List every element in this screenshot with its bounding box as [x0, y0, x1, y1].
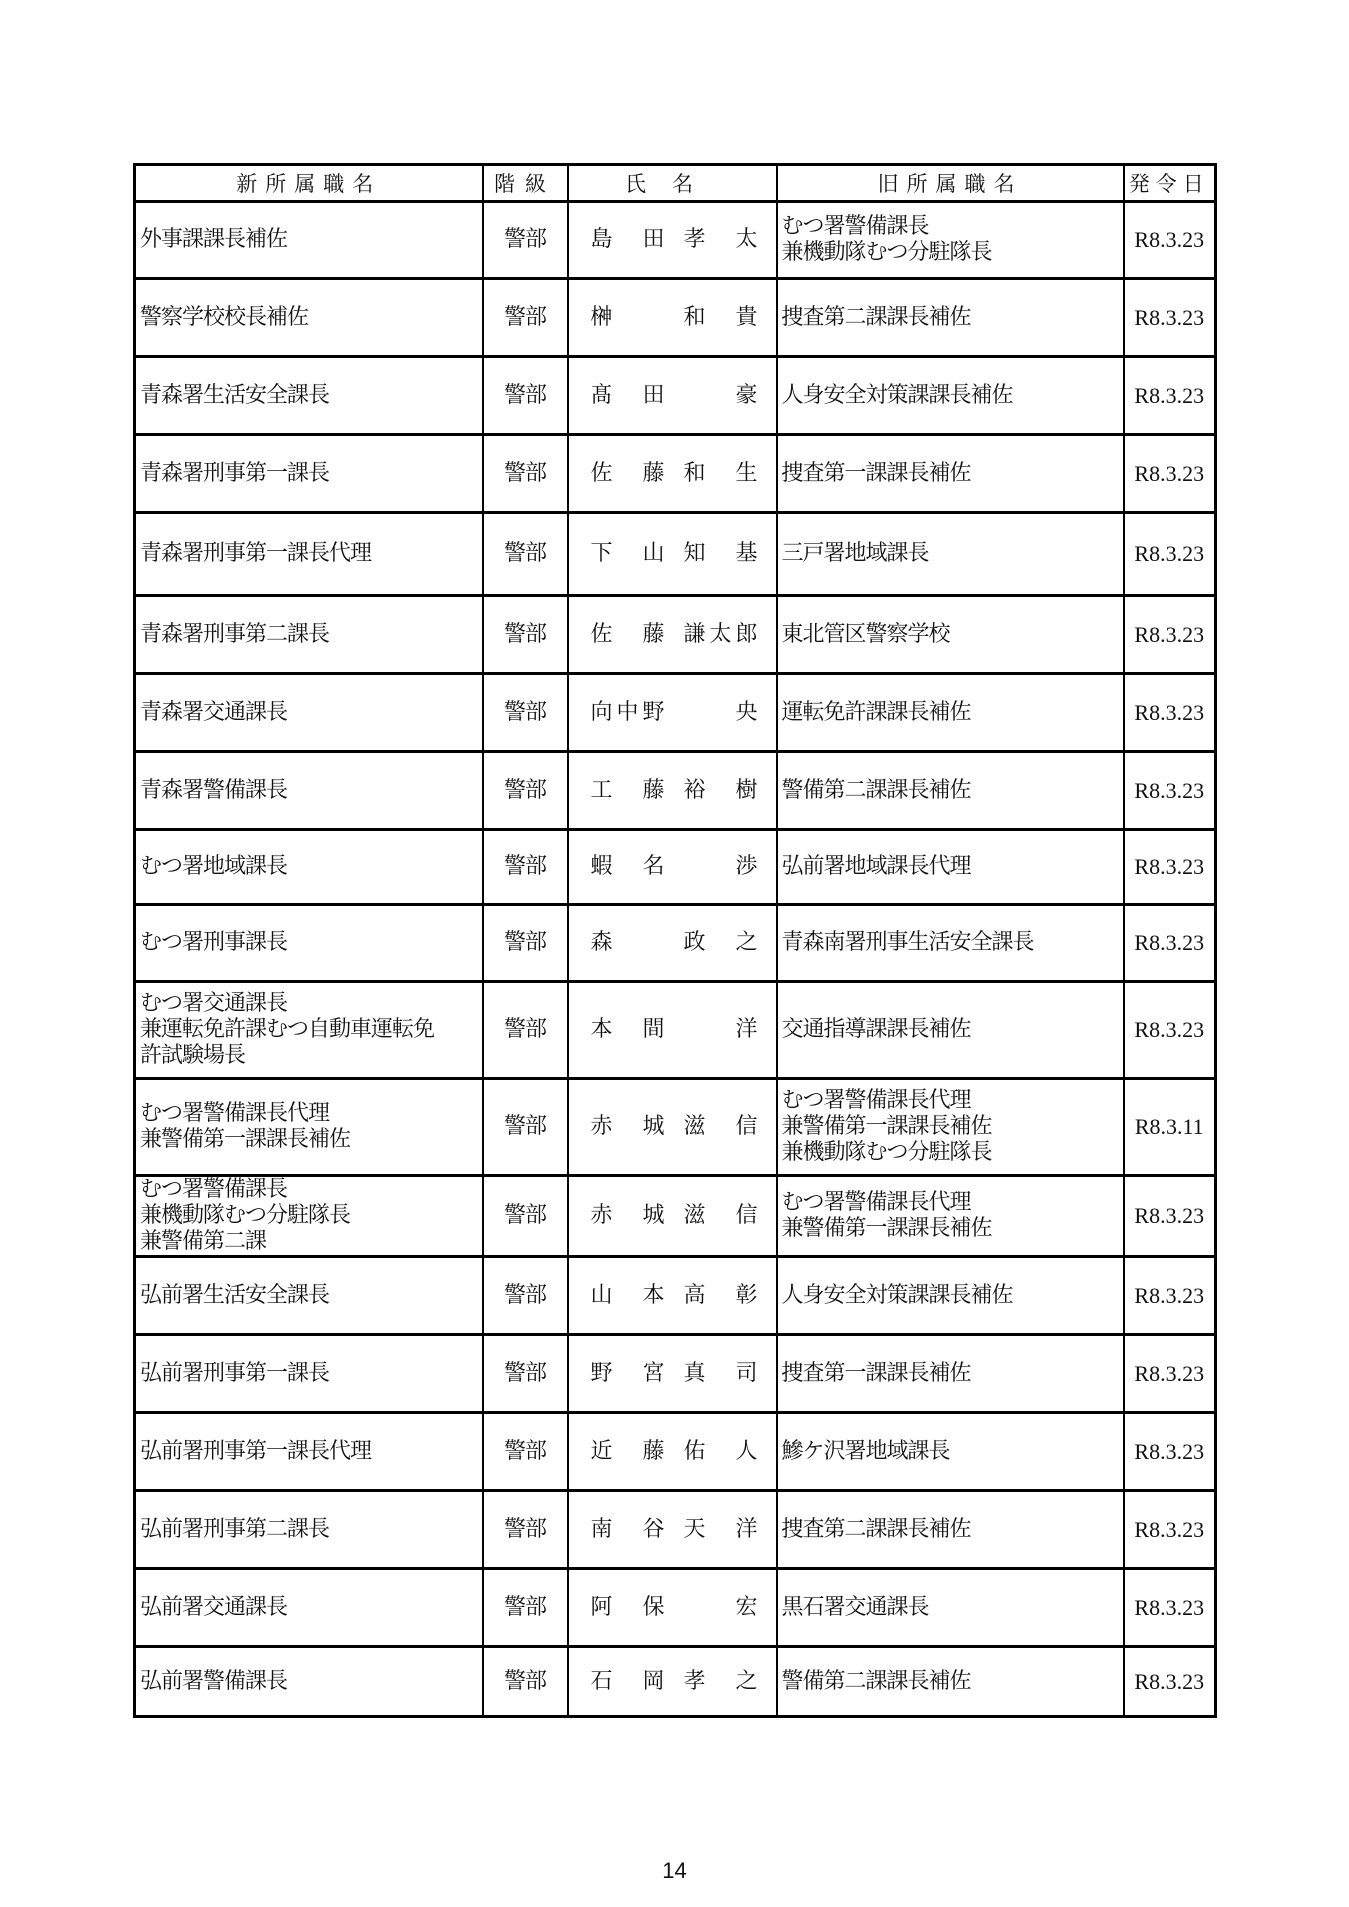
- given-name: 高彰: [684, 1283, 758, 1309]
- name-cell: 佐藤和生: [568, 435, 777, 513]
- full-name: 森政之: [591, 930, 758, 956]
- full-name: 本間洋: [591, 1017, 758, 1043]
- surname-name: 下山: [591, 541, 665, 567]
- surname-char: 赤: [591, 1203, 613, 1229]
- old-post-cell-line: 兼警備第一課課長補佐: [782, 1114, 1123, 1140]
- old-post-cell: 弘前署地域課長代理: [777, 830, 1124, 905]
- surname-name: 島田: [591, 227, 665, 253]
- old-post-cell: 捜査第二課課長補佐: [777, 1491, 1124, 1569]
- given-char: 滋: [684, 1203, 706, 1229]
- surname-char: 中: [616, 700, 638, 726]
- old-post-cell-line: 捜査第一課課長補佐: [782, 1361, 1123, 1387]
- new-post-cell-line: 青森署警備課長: [140, 778, 482, 804]
- table-row: 青森署刑事第一課長警部佐藤和生捜査第一課課長補佐R8.3.23: [135, 435, 1216, 513]
- new-post-cell: 弘前署刑事第一課長代理: [135, 1413, 483, 1491]
- surname-char: 山: [642, 541, 664, 567]
- surname-name: 榊: [591, 305, 665, 331]
- name-cell: 佐藤謙太郎: [568, 596, 777, 674]
- new-post-cell-line: むつ署地域課長: [140, 854, 482, 880]
- table-row: 青森署警備課長警部工藤裕樹警備第二課課長補佐R8.3.23: [135, 752, 1216, 830]
- full-name: 佐藤謙太郎: [591, 622, 758, 648]
- new-post-cell-line: 兼機動隊むつ分駐隊長: [140, 1203, 482, 1229]
- old-post-cell: 鰺ケ沢署地域課長: [777, 1413, 1124, 1491]
- name-cell: 榊和貴: [568, 279, 777, 357]
- table-row: 弘前署警備課長警部石岡孝之警備第二課課長補佐R8.3.23: [135, 1647, 1216, 1717]
- full-name: 野宮真司: [591, 1361, 758, 1387]
- table-header-row: 新所属職名 階級 氏名 旧所属職名 発令日: [135, 165, 1216, 202]
- new-post-cell: むつ署交通課長兼運転免許課むつ自動車運転免許試験場長: [135, 982, 483, 1079]
- given-char: 之: [735, 930, 757, 956]
- appointment-date-cell: R8.3.23: [1124, 1647, 1216, 1717]
- old-post-cell: 捜査第一課課長補佐: [777, 1335, 1124, 1413]
- appointment-date-cell: R8.3.23: [1124, 357, 1216, 435]
- surname-char: 髙: [591, 383, 613, 409]
- given-name: 裕樹: [684, 778, 758, 804]
- old-post-cell-line: 黒石署交通課長: [782, 1595, 1123, 1621]
- old-post-cell: 運転免許課課長補佐: [777, 674, 1124, 752]
- given-char: 樹: [735, 778, 757, 804]
- given-char: 政: [684, 930, 706, 956]
- new-post-cell-line: 外事課課長補佐: [140, 227, 482, 253]
- name-cell: 山本高彰: [568, 1257, 777, 1335]
- given-char: 裕: [684, 778, 706, 804]
- surname-name: 南谷: [591, 1517, 665, 1543]
- rank-cell: 警部: [483, 1079, 568, 1176]
- surname-char: 下: [591, 541, 613, 567]
- old-post-cell-line: 兼警備第一課課長補佐: [782, 1216, 1123, 1242]
- surname-char: 藤: [642, 1439, 664, 1465]
- new-post-cell-line: 弘前署交通課長: [140, 1595, 482, 1621]
- full-name: 石岡孝之: [591, 1669, 758, 1695]
- surname-char: 城: [642, 1203, 664, 1229]
- full-name: 髙田豪: [591, 383, 758, 409]
- given-char: 洋: [735, 1517, 757, 1543]
- old-post-cell-line: 青森南署刑事生活安全課長: [782, 930, 1123, 956]
- appointment-date-cell: R8.3.23: [1124, 596, 1216, 674]
- table-row: 弘前署刑事第一課長代理警部近藤佑人鰺ケ沢署地域課長R8.3.23: [135, 1413, 1216, 1491]
- full-name: 下山知基: [591, 541, 758, 567]
- surname-char: 本: [642, 1283, 664, 1309]
- surname-char: 本: [591, 1017, 613, 1043]
- given-char: 孝: [684, 1669, 706, 1695]
- table-row: 弘前署交通課長警部阿保宏黒石署交通課長R8.3.23: [135, 1569, 1216, 1647]
- given-char: 知: [684, 541, 706, 567]
- personnel-transfer-table: 新所属職名 階級 氏名 旧所属職名 発令日 外事課課長補佐警部島田孝太むつ署警備…: [133, 163, 1217, 1718]
- surname-char: 近: [591, 1439, 613, 1465]
- given-name: 知基: [684, 541, 758, 567]
- given-char: 生: [735, 461, 757, 487]
- full-name: 阿保宏: [591, 1595, 758, 1621]
- table-row: むつ署刑事課長警部森政之青森南署刑事生活安全課長R8.3.23: [135, 905, 1216, 982]
- old-post-cell-line: 警備第二課課長補佐: [782, 1669, 1123, 1695]
- old-post-cell-line: むつ署警備課長: [782, 214, 1123, 240]
- old-post-cell-line: 捜査第二課課長補佐: [782, 305, 1123, 331]
- surname-char: 田: [642, 227, 664, 253]
- old-post-cell: 警備第二課課長補佐: [777, 1647, 1124, 1717]
- given-char: 信: [735, 1203, 757, 1229]
- table-row: むつ署交通課長兼運転免許課むつ自動車運転免許試験場長警部本間洋交通指導課課長補佐…: [135, 982, 1216, 1079]
- old-post-cell: 警備第二課課長補佐: [777, 752, 1124, 830]
- full-name: 佐藤和生: [591, 461, 758, 487]
- given-char: 宏: [735, 1595, 757, 1621]
- table-row: 青森署交通課長警部向中野央運転免許課課長補佐R8.3.23: [135, 674, 1216, 752]
- appointment-date-cell: R8.3.23: [1124, 279, 1216, 357]
- name-cell: 近藤佑人: [568, 1413, 777, 1491]
- header-rank: 階級: [483, 165, 568, 202]
- table-row: 弘前署生活安全課長警部山本高彰人身安全対策課課長補佐R8.3.23: [135, 1257, 1216, 1335]
- surname-name: 石岡: [591, 1669, 665, 1695]
- surname-name: 阿保: [591, 1595, 665, 1621]
- given-name: 政之: [684, 930, 758, 956]
- new-post-cell-line: 弘前署生活安全課長: [140, 1283, 482, 1309]
- new-post-cell: 警察学校校長補佐: [135, 279, 483, 357]
- old-post-cell-line: 人身安全対策課課長補佐: [782, 1283, 1123, 1309]
- page-number: 14: [0, 1858, 1349, 1884]
- header-date: 発令日: [1124, 165, 1216, 202]
- name-cell: 蝦名渉: [568, 830, 777, 905]
- table-row: 弘前署刑事第二課長警部南谷天洋捜査第二課課長補佐R8.3.23: [135, 1491, 1216, 1569]
- new-post-cell: むつ署警備課長兼機動隊むつ分駐隊長兼警備第二課: [135, 1176, 483, 1257]
- surname-name: 野宮: [591, 1361, 665, 1387]
- given-char: 信: [735, 1114, 757, 1140]
- old-post-cell-line: 弘前署地域課長代理: [782, 854, 1123, 880]
- document-page: 新所属職名 階級 氏名 旧所属職名 発令日 外事課課長補佐警部島田孝太むつ署警備…: [0, 0, 1349, 1907]
- new-post-cell-line: 青森署刑事第一課長: [140, 461, 482, 487]
- appointment-date-cell: R8.3.23: [1124, 674, 1216, 752]
- surname-char: 間: [642, 1017, 664, 1043]
- old-post-cell: 捜査第一課課長補佐: [777, 435, 1124, 513]
- surname-char: 藤: [642, 778, 664, 804]
- rank-cell: 警部: [483, 674, 568, 752]
- new-post-cell: 青森署刑事第一課長: [135, 435, 483, 513]
- given-name: 謙太郎: [684, 622, 758, 648]
- surname-char: 野: [591, 1361, 613, 1387]
- new-post-cell: 青森署交通課長: [135, 674, 483, 752]
- new-post-cell-line: 許試験場長: [140, 1043, 482, 1069]
- new-post-cell-line: 兼警備第二課: [140, 1229, 482, 1255]
- appointment-date-cell: R8.3.23: [1124, 752, 1216, 830]
- surname-name: 赤城: [591, 1114, 665, 1140]
- rank-cell: 警部: [483, 830, 568, 905]
- old-post-cell: 捜査第二課課長補佐: [777, 279, 1124, 357]
- appointment-date-cell: R8.3.23: [1124, 1176, 1216, 1257]
- new-post-cell-line: むつ署警備課長代理: [140, 1101, 482, 1127]
- given-name: 真司: [684, 1361, 758, 1387]
- given-char: 謙: [684, 622, 706, 648]
- given-char: 太: [735, 227, 757, 253]
- full-name: 向中野央: [591, 700, 758, 726]
- rank-cell: 警部: [483, 596, 568, 674]
- rank-cell: 警部: [483, 1491, 568, 1569]
- old-post-cell: 黒石署交通課長: [777, 1569, 1124, 1647]
- table-row: むつ署警備課長兼機動隊むつ分駐隊長兼警備第二課警部赤城滋信むつ署警備課長代理兼警…: [135, 1176, 1216, 1257]
- given-char: 基: [735, 541, 757, 567]
- name-cell: 島田孝太: [568, 202, 777, 279]
- surname-name: 髙田: [591, 383, 665, 409]
- new-post-cell-line: 青森署生活安全課長: [140, 383, 482, 409]
- appointment-date-cell: R8.3.23: [1124, 905, 1216, 982]
- name-cell: 髙田豪: [568, 357, 777, 435]
- given-name: 和生: [684, 461, 758, 487]
- given-name: 孝太: [684, 227, 758, 253]
- appointment-date-cell: R8.3.23: [1124, 202, 1216, 279]
- old-post-cell: 東北管区警察学校: [777, 596, 1124, 674]
- rank-cell: 警部: [483, 435, 568, 513]
- surname-char: 藤: [642, 622, 664, 648]
- old-post-cell-line: 捜査第二課課長補佐: [782, 1517, 1123, 1543]
- old-post-cell: むつ署警備課長代理兼警備第一課課長補佐兼機動隊むつ分駐隊長: [777, 1079, 1124, 1176]
- table-row: 外事課課長補佐警部島田孝太むつ署警備課長兼機動隊むつ分駐隊長R8.3.23: [135, 202, 1216, 279]
- given-char: 郎: [735, 622, 757, 648]
- given-char: 渉: [735, 854, 757, 880]
- name-cell: 向中野央: [568, 674, 777, 752]
- table-row: むつ署地域課長警部蝦名渉弘前署地域課長代理R8.3.23: [135, 830, 1216, 905]
- table-row: 弘前署刑事第一課長警部野宮真司捜査第一課課長補佐R8.3.23: [135, 1335, 1216, 1413]
- surname-char: 佐: [591, 461, 613, 487]
- surname-char: 阿: [591, 1595, 613, 1621]
- old-post-cell: 青森南署刑事生活安全課長: [777, 905, 1124, 982]
- given-char: 司: [735, 1361, 757, 1387]
- surname-char: 森: [591, 930, 613, 956]
- new-post-cell: 青森署刑事第二課長: [135, 596, 483, 674]
- new-post-cell: 青森署刑事第一課長代理: [135, 513, 483, 596]
- surname-char: 佐: [591, 622, 613, 648]
- surname-name: 赤城: [591, 1203, 665, 1229]
- rank-cell: 警部: [483, 1257, 568, 1335]
- name-cell: 南谷天洋: [568, 1491, 777, 1569]
- table-row: 青森署刑事第一課長代理警部下山知基三戸署地域課長R8.3.23: [135, 513, 1216, 596]
- name-cell: 下山知基: [568, 513, 777, 596]
- given-char: 和: [684, 461, 706, 487]
- rank-cell: 警部: [483, 982, 568, 1079]
- given-name: 孝之: [684, 1669, 758, 1695]
- rank-cell: 警部: [483, 752, 568, 830]
- old-post-cell-line: 運転免許課課長補佐: [782, 700, 1123, 726]
- given-name: 滋信: [684, 1203, 758, 1229]
- new-post-cell-line: 警察学校校長補佐: [140, 305, 482, 331]
- surname-char: 城: [642, 1114, 664, 1140]
- surname-char: 南: [591, 1517, 613, 1543]
- surname-char: 岡: [642, 1669, 664, 1695]
- full-name: 赤城滋信: [591, 1114, 758, 1140]
- new-post-cell: 青森署警備課長: [135, 752, 483, 830]
- rank-cell: 警部: [483, 1647, 568, 1717]
- table-row: 警察学校校長補佐警部榊和貴捜査第二課課長補佐R8.3.23: [135, 279, 1216, 357]
- surname-char: 藤: [642, 461, 664, 487]
- old-post-cell-line: 交通指導課課長補佐: [782, 1017, 1123, 1043]
- rank-cell: 警部: [483, 202, 568, 279]
- rank-cell: 警部: [483, 357, 568, 435]
- new-post-cell-line: むつ署刑事課長: [140, 930, 482, 956]
- table-row: むつ署警備課長代理兼警備第一課課長補佐警部赤城滋信むつ署警備課長代理兼警備第一課…: [135, 1079, 1216, 1176]
- name-cell: 野宮真司: [568, 1335, 777, 1413]
- new-post-cell-line: 弘前署警備課長: [140, 1669, 482, 1695]
- full-name: 山本高彰: [591, 1283, 758, 1309]
- given-name: 洋: [684, 1017, 758, 1043]
- new-post-cell: むつ署地域課長: [135, 830, 483, 905]
- new-post-cell: 弘前署交通課長: [135, 1569, 483, 1647]
- rank-cell: 警部: [483, 279, 568, 357]
- appointment-date-cell: R8.3.23: [1124, 1335, 1216, 1413]
- name-cell: 工藤裕樹: [568, 752, 777, 830]
- header-new-post: 新所属職名: [135, 165, 483, 202]
- given-name: 天洋: [684, 1517, 758, 1543]
- new-post-cell: むつ署刑事課長: [135, 905, 483, 982]
- name-cell: 阿保宏: [568, 1569, 777, 1647]
- surname-char: 保: [642, 1595, 664, 1621]
- new-post-cell-line: 兼警備第一課課長補佐: [140, 1127, 482, 1153]
- full-name: 島田孝太: [591, 227, 758, 253]
- full-name: 工藤裕樹: [591, 778, 758, 804]
- appointment-date-cell: R8.3.23: [1124, 513, 1216, 596]
- given-name: 和貴: [684, 305, 758, 331]
- new-post-cell-line: 弘前署刑事第二課長: [140, 1517, 482, 1543]
- given-char: 之: [735, 1669, 757, 1695]
- full-name: 南谷天洋: [591, 1517, 758, 1543]
- surname-name: 工藤: [591, 778, 665, 804]
- given-name: 央: [684, 700, 758, 726]
- new-post-cell: 弘前署生活安全課長: [135, 1257, 483, 1335]
- new-post-cell-line: むつ署警備課長: [140, 1177, 482, 1203]
- appointment-date-cell: R8.3.23: [1124, 1413, 1216, 1491]
- old-post-cell: むつ署警備課長兼機動隊むつ分駐隊長: [777, 202, 1124, 279]
- old-post-cell-line: 兼機動隊むつ分駐隊長: [782, 240, 1123, 266]
- rank-cell: 警部: [483, 905, 568, 982]
- table-row: 青森署刑事第二課長警部佐藤謙太郎東北管区警察学校R8.3.23: [135, 596, 1216, 674]
- given-name: 佑人: [684, 1439, 758, 1465]
- new-post-cell: 外事課課長補佐: [135, 202, 483, 279]
- surname-char: 名: [642, 854, 664, 880]
- name-cell: 本間洋: [568, 982, 777, 1079]
- given-name: 渉: [684, 854, 758, 880]
- appointment-date-cell: R8.3.11: [1124, 1079, 1216, 1176]
- given-char: 佑: [684, 1439, 706, 1465]
- full-name: 榊和貴: [591, 305, 758, 331]
- appointment-date-cell: R8.3.23: [1124, 1491, 1216, 1569]
- given-char: 太: [709, 622, 731, 648]
- rank-cell: 警部: [483, 1413, 568, 1491]
- rank-cell: 警部: [483, 1569, 568, 1647]
- rank-cell: 警部: [483, 1176, 568, 1257]
- rank-cell: 警部: [483, 1335, 568, 1413]
- given-char: 和: [684, 305, 706, 331]
- appointment-date-cell: R8.3.23: [1124, 1569, 1216, 1647]
- new-post-cell-line: 青森署刑事第一課長代理: [140, 541, 482, 567]
- new-post-cell-line: むつ署交通課長: [140, 991, 482, 1017]
- appointment-date-cell: R8.3.23: [1124, 830, 1216, 905]
- old-post-cell-line: むつ署警備課長代理: [782, 1088, 1123, 1114]
- full-name: 近藤佑人: [591, 1439, 758, 1465]
- header-name: 氏名: [568, 165, 777, 202]
- old-post-cell: 三戸署地域課長: [777, 513, 1124, 596]
- given-char: 高: [684, 1283, 706, 1309]
- surname-char: 谷: [642, 1517, 664, 1543]
- old-post-cell-line: 兼機動隊むつ分駐隊長: [782, 1140, 1123, 1166]
- old-post-cell: むつ署警備課長代理兼警備第一課課長補佐: [777, 1176, 1124, 1257]
- new-post-cell-line: 弘前署刑事第一課長: [140, 1361, 482, 1387]
- new-post-cell-line: 青森署交通課長: [140, 700, 482, 726]
- surname-name: 佐藤: [591, 622, 665, 648]
- new-post-cell: 弘前署刑事第二課長: [135, 1491, 483, 1569]
- old-post-cell-line: 東北管区警察学校: [782, 622, 1123, 648]
- new-post-cell-line: 兼運転免許課むつ自動車運転免: [140, 1017, 482, 1043]
- new-post-cell-line: 青森署刑事第二課長: [140, 622, 482, 648]
- appointment-date-cell: R8.3.23: [1124, 982, 1216, 1079]
- surname-char: 工: [591, 778, 613, 804]
- name-cell: 森政之: [568, 905, 777, 982]
- surname-name: 本間: [591, 1017, 665, 1043]
- new-post-cell: 弘前署警備課長: [135, 1647, 483, 1717]
- given-char: 孝: [684, 227, 706, 253]
- appointment-date-cell: R8.3.23: [1124, 1257, 1216, 1335]
- surname-char: 山: [591, 1283, 613, 1309]
- surname-char: 野: [642, 700, 664, 726]
- new-post-cell: 弘前署刑事第一課長: [135, 1335, 483, 1413]
- header-old-post: 旧所属職名: [777, 165, 1124, 202]
- surname-char: 榊: [591, 305, 613, 331]
- name-cell: 赤城滋信: [568, 1079, 777, 1176]
- surname-name: 近藤: [591, 1439, 665, 1465]
- given-char: 洋: [735, 1017, 757, 1043]
- surname-char: 石: [591, 1669, 613, 1695]
- given-char: 貴: [735, 305, 757, 331]
- given-char: 人: [735, 1439, 757, 1465]
- surname-name: 森: [591, 930, 665, 956]
- given-char: 央: [735, 700, 757, 726]
- old-post-cell: 交通指導課課長補佐: [777, 982, 1124, 1079]
- old-post-cell: 人身安全対策課課長補佐: [777, 1257, 1124, 1335]
- surname-char: 島: [591, 227, 613, 253]
- old-post-cell: 人身安全対策課課長補佐: [777, 357, 1124, 435]
- surname-char: 向: [591, 700, 613, 726]
- given-name: 豪: [684, 383, 758, 409]
- old-post-cell-line: むつ署警備課長代理: [782, 1190, 1123, 1216]
- old-post-cell-line: 人身安全対策課課長補佐: [782, 383, 1123, 409]
- new-post-cell-line: 弘前署刑事第一課長代理: [140, 1439, 482, 1465]
- new-post-cell: 青森署生活安全課長: [135, 357, 483, 435]
- full-name: 蝦名渉: [591, 854, 758, 880]
- table-row: 青森署生活安全課長警部髙田豪人身安全対策課課長補佐R8.3.23: [135, 357, 1216, 435]
- given-name: 宏: [684, 1595, 758, 1621]
- surname-name: 佐藤: [591, 461, 665, 487]
- name-cell: 赤城滋信: [568, 1176, 777, 1257]
- given-char: 豪: [735, 383, 757, 409]
- surname-name: 山本: [591, 1283, 665, 1309]
- given-char: 真: [684, 1361, 706, 1387]
- given-char: 滋: [684, 1114, 706, 1140]
- given-name: 滋信: [684, 1114, 758, 1140]
- surname-name: 蝦名: [591, 854, 665, 880]
- surname-char: 蝦: [591, 854, 613, 880]
- name-cell: 石岡孝之: [568, 1647, 777, 1717]
- surname-char: 赤: [591, 1114, 613, 1140]
- given-char: 彰: [735, 1283, 757, 1309]
- old-post-cell-line: 三戸署地域課長: [782, 541, 1123, 567]
- given-char: 天: [684, 1517, 706, 1543]
- surname-name: 向中野: [591, 700, 665, 726]
- full-name: 赤城滋信: [591, 1203, 758, 1229]
- old-post-cell-line: 捜査第一課課長補佐: [782, 461, 1123, 487]
- new-post-cell: むつ署警備課長代理兼警備第一課課長補佐: [135, 1079, 483, 1176]
- old-post-cell-line: 警備第二課課長補佐: [782, 778, 1123, 804]
- appointment-date-cell: R8.3.23: [1124, 435, 1216, 513]
- surname-char: 田: [642, 383, 664, 409]
- table-body: 外事課課長補佐警部島田孝太むつ署警備課長兼機動隊むつ分駐隊長R8.3.23警察学…: [135, 202, 1216, 1717]
- old-post-cell-line: 鰺ケ沢署地域課長: [782, 1439, 1123, 1465]
- surname-char: 宮: [642, 1361, 664, 1387]
- rank-cell: 警部: [483, 513, 568, 596]
